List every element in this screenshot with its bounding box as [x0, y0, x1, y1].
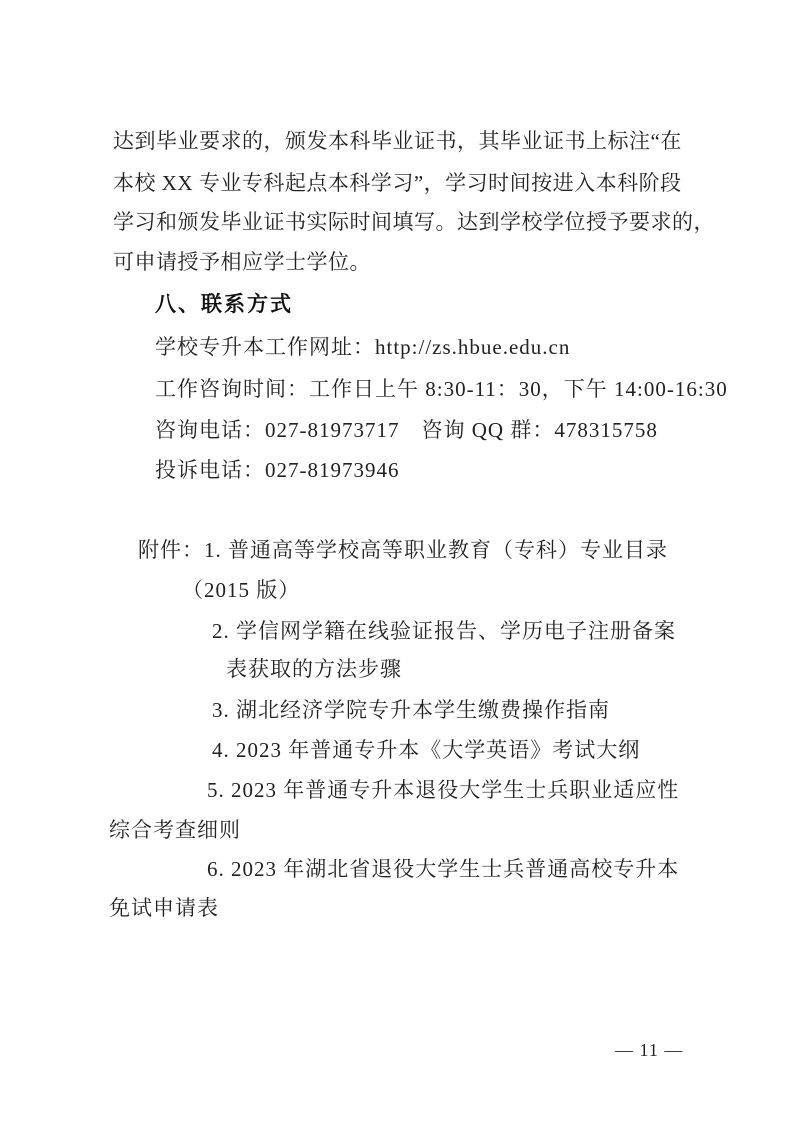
attachment-item-6-line-2: 免试申请表	[109, 895, 219, 921]
paragraph-line-4: 可申请授予相应学士学位。	[113, 249, 371, 275]
attachment-item-5-line-2: 综合考查细则	[109, 817, 241, 843]
attachment-item-4: 4. 2023 年普通专升本《大学英语》考试大纲	[212, 737, 640, 763]
attachment-item-3: 3. 湖北经济学院专升本学生缴费操作指南	[212, 697, 610, 723]
attachment-item-1-line-1: 附件：1. 普通高等学校高等职业教育（专科）专业目录	[138, 537, 668, 563]
attachment-item-6-line-1: 6. 2023 年湖北省退役大学生士兵普通高校专升本	[207, 856, 679, 882]
paragraph-line-1: 达到毕业要求的，颁发本科毕业证书，其毕业证书上标注“在	[113, 128, 682, 154]
attachment-item-5-line-1: 5. 2023 年普通专升本退役大学生士兵职业适应性	[207, 777, 679, 803]
paragraph-line-3: 学习和颁发毕业证书实际时间填写。达到学校学位授予要求的，	[113, 209, 715, 235]
section-heading-contact: 八、联系方式	[155, 292, 293, 318]
attachment-item-1-line-2: （2015 版）	[182, 577, 300, 603]
contact-website-line: 学校专升本工作网址：http://zs.hbue.edu.cn	[155, 334, 570, 360]
contact-hours-line: 工作咨询时间：工作日上午 8:30-11：30，下午 14:00-16:30	[155, 376, 728, 402]
page-number: — 11 —	[615, 1040, 683, 1061]
contact-complaint-line: 投诉电话：027-81973946	[155, 457, 400, 483]
attachment-item-2-line-2: 表获取的方法步骤	[226, 656, 402, 682]
document-page: 达到毕业要求的，颁发本科毕业证书，其毕业证书上标注“在 本校 XX 专业专科起点…	[0, 0, 793, 1122]
contact-phone-line: 咨询电话：027-81973717 咨询 QQ 群：478315758	[155, 417, 658, 443]
paragraph-line-2: 本校 XX 专业专科起点本科学习”，学习时间按进入本科阶段	[113, 170, 682, 196]
attachment-item-2-line-1: 2. 学信网学籍在线验证报告、学历电子注册备案	[212, 618, 676, 644]
